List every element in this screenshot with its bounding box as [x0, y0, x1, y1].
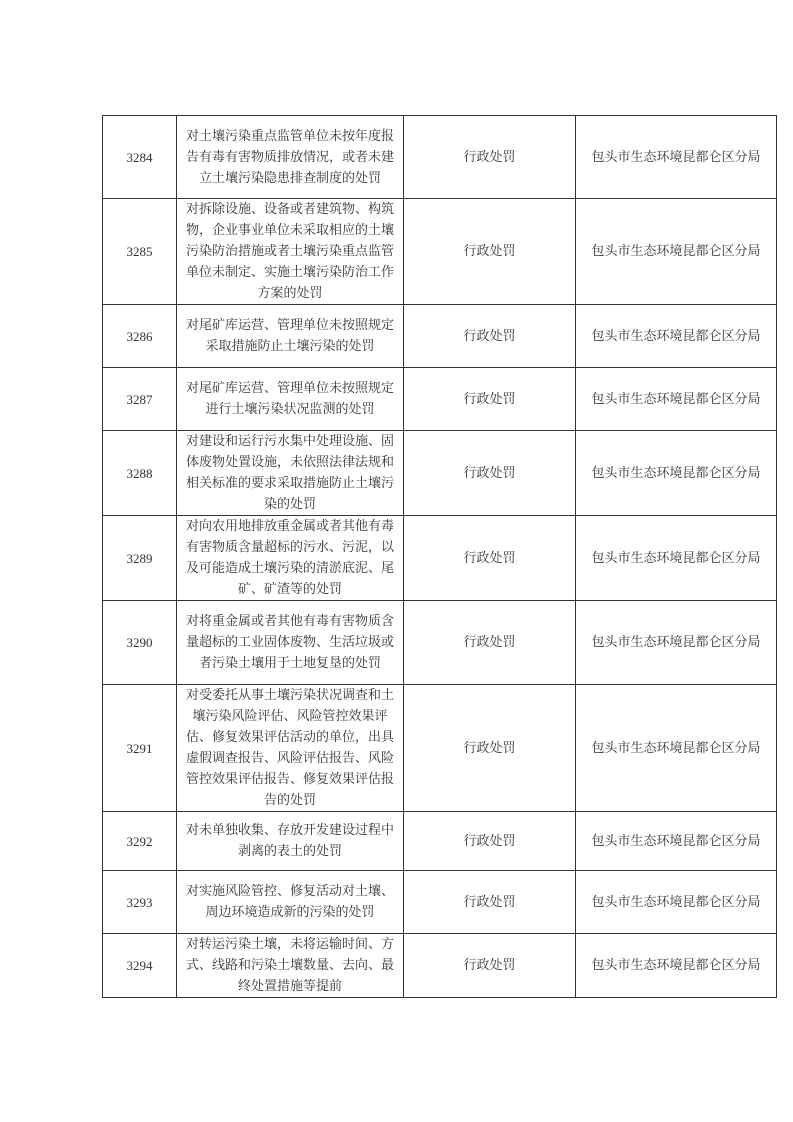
row-number: 3289 [103, 516, 177, 601]
table-row: 3288 对建设和运行污水集中处理设施、固体废物处置设施，未依照法律法规和相关标… [103, 431, 777, 516]
responsible-department: 包头市生态环境昆都仑区分局 [576, 934, 777, 998]
item-type: 行政处罚 [404, 934, 576, 998]
row-number: 3293 [103, 871, 177, 934]
row-number: 3285 [103, 199, 177, 305]
row-number: 3290 [103, 601, 177, 685]
table-row: 3292 对未单独收集、存放开发建设过程中剥离的表土的处罚 行政处罚 包头市生态… [103, 812, 777, 871]
item-description: 对转运污染土壤，未将运输时间、方式、线路和污染土壤数量、去向、最终处置措施等提前 [177, 934, 404, 998]
table-row: 3290 对将重金属或者其他有毒有害物质含量超标的工业固体废物、生活垃圾或者污染… [103, 601, 777, 685]
item-description: 对建设和运行污水集中处理设施、固体废物处置设施，未依照法律法规和相关标准的要求采… [177, 431, 404, 516]
item-description: 对实施风险管控、修复活动对土壤、周边环境造成新的污染的处罚 [177, 871, 404, 934]
item-description: 对向农用地排放重金属或者其他有毒有害物质含量超标的污水、污泥，以及可能造成土壤污… [177, 516, 404, 601]
table-row: 3294 对转运污染土壤，未将运输时间、方式、线路和污染土壤数量、去向、最终处置… [103, 934, 777, 998]
item-type: 行政处罚 [404, 431, 576, 516]
item-description: 对尾矿库运营、管理单位未按照规定进行土壤污染状况监测的处罚 [177, 368, 404, 431]
responsible-department: 包头市生态环境昆都仑区分局 [576, 812, 777, 871]
item-type: 行政处罚 [404, 871, 576, 934]
table-row: 3286 对尾矿库运营、管理单位未按照规定采取措施防止土壤污染的处罚 行政处罚 … [103, 305, 777, 368]
table-row: 3287 对尾矿库运营、管理单位未按照规定进行土壤污染状况监测的处罚 行政处罚 … [103, 368, 777, 431]
responsible-department: 包头市生态环境昆都仑区分局 [576, 368, 777, 431]
row-number: 3292 [103, 812, 177, 871]
table-row: 3284 对土壤污染重点监管单位未按年度报告有毒有害物质排放情况，或者未建立土壤… [103, 116, 777, 199]
row-number: 3284 [103, 116, 177, 199]
responsible-department: 包头市生态环境昆都仑区分局 [576, 116, 777, 199]
item-description: 对尾矿库运营、管理单位未按照规定采取措施防止土壤污染的处罚 [177, 305, 404, 368]
item-type: 行政处罚 [404, 812, 576, 871]
row-number: 3286 [103, 305, 177, 368]
item-description: 对将重金属或者其他有毒有害物质含量超标的工业固体废物、生活垃圾或者污染土壤用于土… [177, 601, 404, 685]
responsible-department: 包头市生态环境昆都仑区分局 [576, 871, 777, 934]
responsible-department: 包头市生态环境昆都仑区分局 [576, 685, 777, 812]
row-number: 3291 [103, 685, 177, 812]
table-row: 3293 对实施风险管控、修复活动对土壤、周边环境造成新的污染的处罚 行政处罚 … [103, 871, 777, 934]
item-type: 行政处罚 [404, 368, 576, 431]
row-number: 3294 [103, 934, 177, 998]
row-number: 3288 [103, 431, 177, 516]
item-type: 行政处罚 [404, 199, 576, 305]
item-type: 行政处罚 [404, 516, 576, 601]
responsible-department: 包头市生态环境昆都仑区分局 [576, 516, 777, 601]
item-type: 行政处罚 [404, 116, 576, 199]
table-row: 3285 对拆除设施、设备或者建筑物、构筑物，企业事业单位未采取相应的土壤污染防… [103, 199, 777, 305]
item-description: 对受委托从事土壤污染状况调查和土壤污染风险评估、风险管控效果评估、修复效果评估活… [177, 685, 404, 812]
item-description: 对未单独收集、存放开发建设过程中剥离的表土的处罚 [177, 812, 404, 871]
penalty-items-table: 3284 对土壤污染重点监管单位未按年度报告有毒有害物质排放情况，或者未建立土壤… [102, 115, 777, 998]
responsible-department: 包头市生态环境昆都仑区分局 [576, 199, 777, 305]
item-type: 行政处罚 [404, 685, 576, 812]
item-description: 对拆除设施、设备或者建筑物、构筑物，企业事业单位未采取相应的土壤污染防治措施或者… [177, 199, 404, 305]
responsible-department: 包头市生态环境昆都仑区分局 [576, 601, 777, 685]
item-description: 对土壤污染重点监管单位未按年度报告有毒有害物质排放情况，或者未建立土壤污染隐患排… [177, 116, 404, 199]
table-row: 3289 对向农用地排放重金属或者其他有毒有害物质含量超标的污水、污泥，以及可能… [103, 516, 777, 601]
item-type: 行政处罚 [404, 601, 576, 685]
item-type: 行政处罚 [404, 305, 576, 368]
document-page: 3284 对土壤污染重点监管单位未按年度报告有毒有害物质排放情况，或者未建立土壤… [0, 0, 793, 1122]
responsible-department: 包头市生态环境昆都仑区分局 [576, 305, 777, 368]
table-row: 3291 对受委托从事土壤污染状况调查和土壤污染风险评估、风险管控效果评估、修复… [103, 685, 777, 812]
responsible-department: 包头市生态环境昆都仑区分局 [576, 431, 777, 516]
row-number: 3287 [103, 368, 177, 431]
